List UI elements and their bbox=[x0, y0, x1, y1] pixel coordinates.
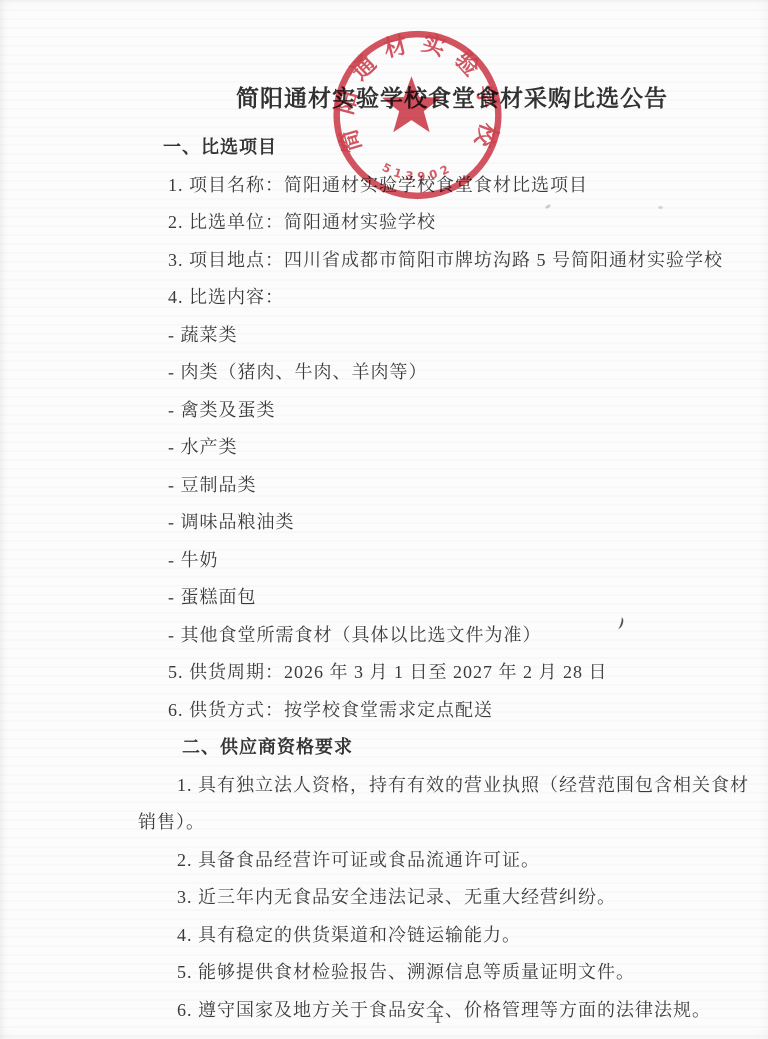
text-line: - 水产类 bbox=[138, 429, 752, 467]
text-line: 3. 近三年内无食品安全违法记录、无重大经营纠纷。 bbox=[138, 879, 752, 917]
text-line: 销售）。 bbox=[138, 804, 752, 842]
text-line: - 蔬菜类 bbox=[138, 317, 752, 355]
text-line: 4. 具有稳定的供货渠道和冷链运输能力。 bbox=[138, 917, 752, 955]
text-line: 3. 项目地点：四川省成都市简阳市牌坊沟路 5 号简阳通材实验学校 bbox=[138, 242, 752, 280]
text-line: 5. 供货周期：2026 年 3 月 1 日至 2027 年 2 月 28 日 bbox=[138, 654, 752, 692]
page-number: 1 bbox=[434, 1011, 442, 1028]
text-line: 6. 供货方式：按学校食堂需求定点配送 bbox=[138, 692, 752, 730]
text-line: - 其他食堂所需食材（具体以比选文件为准） bbox=[138, 617, 752, 655]
text-line: - 调味品粮油类 bbox=[138, 504, 752, 542]
document-body: 一、比选项目1. 项目名称：简阳通材实验学校食堂食材比选项目2. 比选单位：简阳… bbox=[138, 129, 752, 1029]
text-line: 一、比选项目 bbox=[138, 129, 752, 167]
text-line: 1. 具有独立法人资格，持有有效的营业执照（经营范围包含相关食材 bbox=[138, 767, 752, 805]
text-line: - 禽类及蛋类 bbox=[138, 392, 752, 430]
text-line: 1. 项目名称：简阳通材实验学校食堂食材比选项目 bbox=[138, 167, 752, 205]
text-line: 2. 比选单位：简阳通材实验学校 bbox=[138, 204, 752, 242]
text-line: 2. 具备食品经营许可证或食品流通许可证。 bbox=[138, 842, 752, 880]
document-page: 简阳通材实验学校食堂食材采购比选公告 一、比选项目1. 项目名称：简阳通材实验学… bbox=[0, 0, 768, 1039]
text-line: 6. 遵守国家及地方关于食品安全、价格管理等方面的法律法规。 bbox=[138, 992, 752, 1030]
text-line: 5. 能够提供食材检验报告、溯源信息等质量证明文件。 bbox=[138, 954, 752, 992]
text-line: 4. 比选内容： bbox=[138, 279, 752, 317]
text-line: - 蛋糕面包 bbox=[138, 579, 752, 617]
text-line: 二、供应商资格要求 bbox=[138, 729, 752, 767]
text-line: - 豆制品类 bbox=[138, 467, 752, 505]
text-line: - 肉类（猪肉、牛肉、羊肉等） bbox=[138, 354, 752, 392]
document-title: 简阳通材实验学校食堂食材采购比选公告 bbox=[236, 84, 668, 114]
text-line: - 牛奶 bbox=[138, 542, 752, 580]
